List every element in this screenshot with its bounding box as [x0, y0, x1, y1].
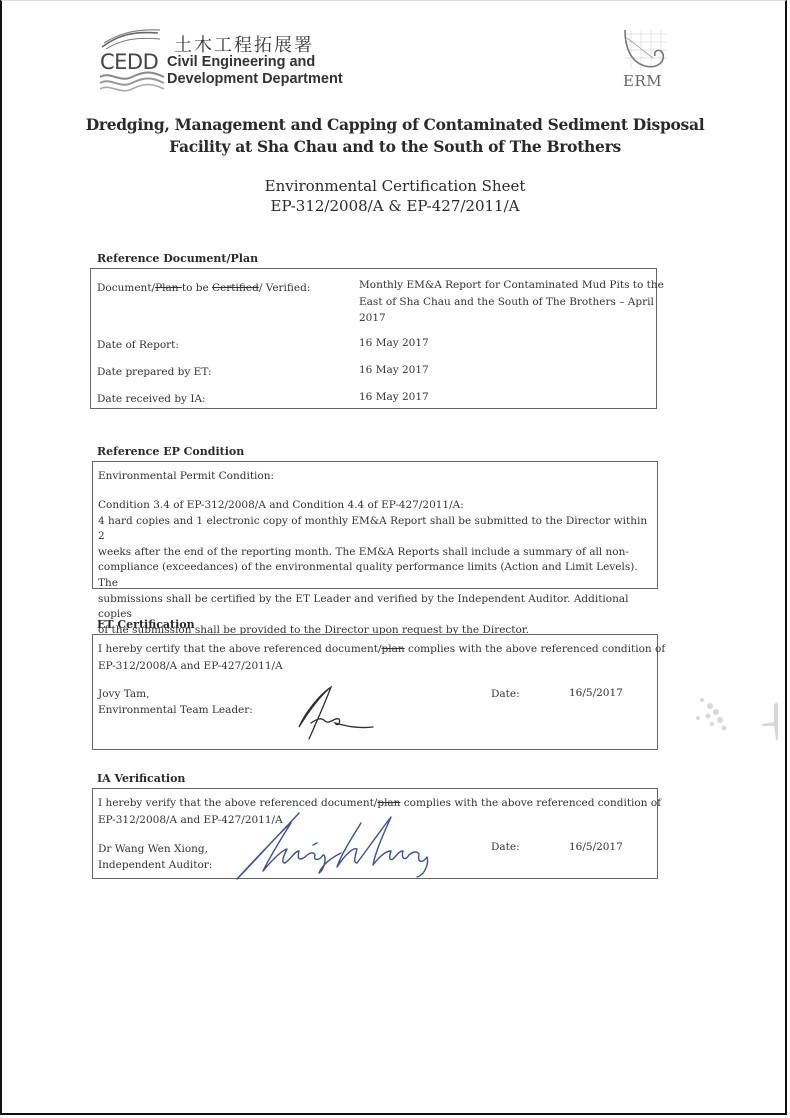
et-signatory-name: Jovy Tam,: [98, 686, 149, 702]
reference-ep-condition-heading: Reference EP Condition: [97, 445, 244, 458]
reference-document-box: Document/Plan to be Certified/ Verified:…: [90, 268, 657, 409]
et-statement-line2: EP-312/2008/A and EP-427/2011/A: [98, 658, 283, 674]
ia-verification-box: I hereby verify that the above reference…: [92, 788, 658, 879]
condition-line: 4 hard copies and 1 electronic copy of m…: [98, 514, 654, 545]
erm-spiral-icon: [615, 28, 675, 72]
date-received-value: 16 May 2017: [359, 389, 429, 405]
ia-signature: [233, 811, 473, 885]
scan-smudge: [690, 690, 790, 750]
document-label: Document/Plan to be Certified/ Verified:: [97, 280, 310, 296]
reference-document-heading: Reference Document/Plan: [97, 252, 258, 265]
document-value-line: East of Sha Chau and the South of The Br…: [359, 294, 664, 311]
statement-text: complies with the above referenced condi…: [400, 797, 661, 809]
et-certification-box: I hereby certify that the above referenc…: [92, 634, 658, 750]
cedd-abbreviation: CEDD: [100, 50, 158, 74]
et-date-value: 16/5/2017: [569, 685, 623, 701]
sheet-title: Environmental Certification Sheet EP-312…: [60, 176, 730, 216]
ia-signatory-role: Independent Auditor:: [98, 857, 212, 873]
sheet-title-line1: Environmental Certification Sheet: [60, 176, 730, 196]
label-part-struck: Plan: [155, 282, 182, 294]
condition-line: compliance (exceedances) of the environm…: [98, 560, 654, 591]
et-statement-line1: I hereby certify that the above referenc…: [98, 641, 665, 657]
label-part: Document/: [97, 282, 155, 294]
erm-logo: ERM: [615, 28, 675, 90]
cedd-name-line1: Civil Engineering and: [167, 54, 343, 71]
project-title: Dredging, Management and Capping of Cont…: [60, 114, 730, 158]
ep-condition-box: Environmental Permit Condition: Conditio…: [92, 461, 658, 589]
statement-text: complies with the above referenced condi…: [405, 643, 666, 655]
project-title-line1: Dredging, Management and Capping of Cont…: [60, 114, 730, 136]
ep-condition-intro: Environmental Permit Condition:: [98, 468, 274, 484]
condition-reference: Condition 3.4 of EP-312/2008/A and Condi…: [98, 498, 654, 514]
project-title-line2: Facility at Sha Chau and to the South of…: [60, 136, 730, 158]
statement-text: I hereby certify that the above referenc…: [98, 643, 382, 655]
et-signature: [291, 683, 381, 743]
ia-date-value: 16/5/2017: [569, 839, 623, 855]
sheet-title-line2: EP-312/2008/A & EP-427/2011/A: [60, 196, 730, 216]
label-part: to be: [182, 282, 212, 294]
ia-signatory-name: Dr Wang Wen Xiong,: [98, 841, 208, 857]
statement-struck: plan: [382, 643, 405, 655]
cedd-name-line2: Development Department: [167, 71, 343, 88]
document-value-line: Monthly EM&A Report for Contaminated Mud…: [359, 277, 664, 294]
et-date-label: Date:: [491, 686, 520, 702]
date-received-label: Date received by IA:: [97, 391, 206, 407]
cedd-logo: 土木工程拓展署 CEDD Civil Engineering and Devel…: [100, 27, 370, 95]
label-part-struck: Certified: [212, 282, 259, 294]
statement-struck: plan: [377, 797, 400, 809]
ia-verification-heading: IA Verification: [97, 772, 185, 785]
ia-statement-line1: I hereby verify that the above reference…: [98, 795, 661, 811]
et-certification-heading: ET Certification: [97, 618, 195, 631]
cedd-english-name: Civil Engineering and Development Depart…: [167, 54, 343, 88]
et-signatory-role: Environmental Team Leader:: [98, 702, 253, 718]
document-value-line: 2017: [359, 310, 664, 327]
condition-line: weeks after the end of the reporting mon…: [98, 545, 654, 561]
date-prepared-label: Date prepared by ET:: [97, 364, 212, 380]
label-part: / Verified:: [259, 282, 311, 294]
document-value: Monthly EM&A Report for Contaminated Mud…: [359, 277, 664, 327]
statement-text: I hereby verify that the above reference…: [98, 797, 377, 809]
date-of-report-label: Date of Report:: [97, 337, 179, 353]
date-of-report-value: 16 May 2017: [359, 335, 429, 351]
date-prepared-value: 16 May 2017: [359, 362, 429, 378]
erm-name: ERM: [623, 72, 662, 90]
ia-date-label: Date:: [491, 839, 520, 855]
